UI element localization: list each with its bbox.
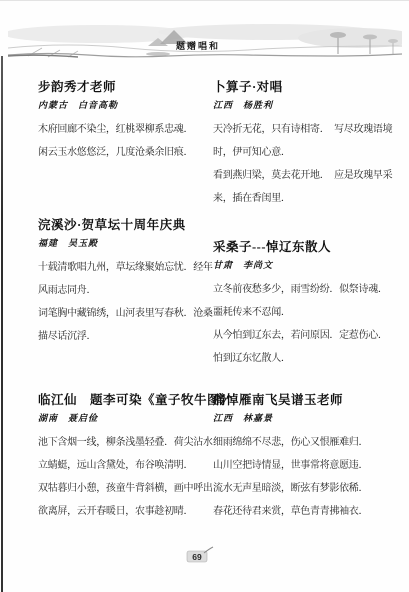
poem-title: 浣溪沙·贺草坛十周年庆典 xyxy=(38,218,210,232)
poem-right-3: 痛悼雁南飞吴谱玉老师 江西 林嘉景 细雨绵绵不尽悲，伤心又恨雁难归． 山川空把诗… xyxy=(213,393,395,523)
poem-author: 江西 杨胜利 xyxy=(213,100,395,110)
poem-line: 噩耗传来不忍闻． xyxy=(213,301,395,324)
poem-line: 细雨绵绵不尽悲，伤心又恨雁难归． xyxy=(213,431,395,454)
poem-line: 看到燕归梁，莫去花开地． 应是玫瑰早采 xyxy=(213,164,395,187)
poem-left-3: 临江仙 题李可染《童子牧牛图》 湖南 聂启俭 池下含烟一线，柳条浅墨轻叠．荷尖沾… xyxy=(38,393,210,523)
poem-body: 木府回廊不染尘，红桃翠柳系忠魂． 闲云玉水悠悠泛，几度沧桑余旧痕． xyxy=(38,118,210,164)
poem-body: 天冷折无花，只有诗相寄． 写尽玫瑰语境 时，伊可知心意． 看到燕归梁，莫去花开地… xyxy=(213,118,395,210)
poem-author: 内蒙古 白音高勒 xyxy=(38,100,210,110)
poem-author: 湖南 聂启俭 xyxy=(38,413,210,423)
poem-line: 木府回廊不染尘，红桃翠柳系忠魂． xyxy=(38,118,210,141)
poem-title: 采桑子---悼辽东散人 xyxy=(213,240,395,254)
poem-line: 立蜻蜓，远山含黛处，布谷唤清明． xyxy=(38,454,210,477)
scan-top-edge xyxy=(0,0,409,1)
poem-title: 痛悼雁南飞吴谱玉老师 xyxy=(213,393,395,407)
poem-line: 欲离屏，云开春暖日，农事趁初晴． xyxy=(38,500,210,523)
poem-line: 从今怕到辽东去，若问原因．定惹伤心． xyxy=(213,324,395,347)
poem-line: 时，伊可知心意． xyxy=(213,141,395,164)
poem-line: 流水无声星暗淡，断弦有梦影依稀． xyxy=(213,477,395,500)
poem-line: 山川空把诗情显，世事常将意愿违． xyxy=(213,454,395,477)
poem-body: 十载清歌唱九州，草坛缘聚始忘忧．经年 风雨志同舟． 词笔胸中藏锦绣，山河表里写春… xyxy=(38,256,210,348)
poem-body: 细雨绵绵不尽悲，伤心又恨雁难归． 山川空把诗情显，世事常将意愿违． 流水无声星暗… xyxy=(213,431,395,523)
page-footer: 69 xyxy=(186,546,214,564)
right-column: 卜算子·对唱 江西 杨胜利 天冷折无花，只有诗相寄． 写尽玫瑰语境 时，伊可知心… xyxy=(213,80,395,523)
poem-line: 立冬前夜愁多少，雨雪纷纷．似祭诗魂． xyxy=(213,278,395,301)
poem-line: 天冷折无花，只有诗相寄． 写尽玫瑰语境 xyxy=(213,118,395,141)
page-header: 题赠唱和 xyxy=(8,24,402,62)
poem-title: 步韵秀才老师 xyxy=(38,80,210,94)
poem-line: 春花还待君来赏，草色青青拂袖衣． xyxy=(213,500,395,523)
page-header-title: 题赠唱和 xyxy=(8,39,388,52)
poem-right-1: 卜算子·对唱 江西 杨胜利 天冷折无花，只有诗相寄． 写尽玫瑰语境 时，伊可知心… xyxy=(213,80,395,210)
poem-line: 风雨志同舟． xyxy=(38,279,210,302)
scan-edge-line xyxy=(1,56,3,592)
poem-line: 闲云玉水悠悠泛，几度沧桑余旧痕． xyxy=(38,141,210,164)
poem-line: 来，插在香闺里． xyxy=(213,187,395,210)
poem-line: 词笔胸中藏锦绣，山河表里写春秋．沧桑 xyxy=(38,302,210,325)
poem-author: 福建 吴玉殿 xyxy=(38,238,210,248)
poem-author: 江西 林嘉景 xyxy=(213,413,395,423)
poem-line: 描尽话沉浮． xyxy=(38,325,210,348)
poem-title: 卜算子·对唱 xyxy=(213,80,395,94)
poem-left-1: 步韵秀才老师 内蒙古 白音高勒 木府回廊不染尘，红桃翠柳系忠魂． 闲云玉水悠悠泛… xyxy=(38,80,210,164)
poem-body: 池下含烟一线，柳条浅墨轻叠．荷尖沾水 立蜻蜓，远山含黛处，布谷唤清明． 双牯暮归… xyxy=(38,431,210,523)
poem-author: 甘肃 李尚文 xyxy=(213,260,395,270)
left-column: 步韵秀才老师 内蒙古 白音高勒 木府回廊不染尘，红桃翠柳系忠魂． 闲云玉水悠悠泛… xyxy=(38,80,210,523)
page-number: 69 xyxy=(187,552,207,562)
poem-right-2: 采桑子---悼辽东散人 甘肃 李尚文 立冬前夜愁多少，雨雪纷纷．似祭诗魂． 噩耗… xyxy=(213,240,395,370)
poem-body: 立冬前夜愁多少，雨雪纷纷．似祭诗魂． 噩耗传来不忍闻． 从今怕到辽东去，若问原因… xyxy=(213,278,395,370)
poem-left-2: 浣溪沙·贺草坛十周年庆典 福建 吴玉殿 十载清歌唱九州，草坛缘聚始忘忧．经年 风… xyxy=(38,218,210,348)
poem-line: 怕到辽东忆散人． xyxy=(213,347,395,370)
poem-line: 十载清歌唱九州，草坛缘聚始忘忧．经年 xyxy=(38,256,210,279)
poem-line: 双牯暮归小憩，孩童牛背斜横，画中呼出 xyxy=(38,477,210,500)
poem-title: 临江仙 题李可染《童子牧牛图》 xyxy=(38,393,210,407)
poem-line: 池下含烟一线，柳条浅墨轻叠．荷尖沾水 xyxy=(38,431,210,454)
